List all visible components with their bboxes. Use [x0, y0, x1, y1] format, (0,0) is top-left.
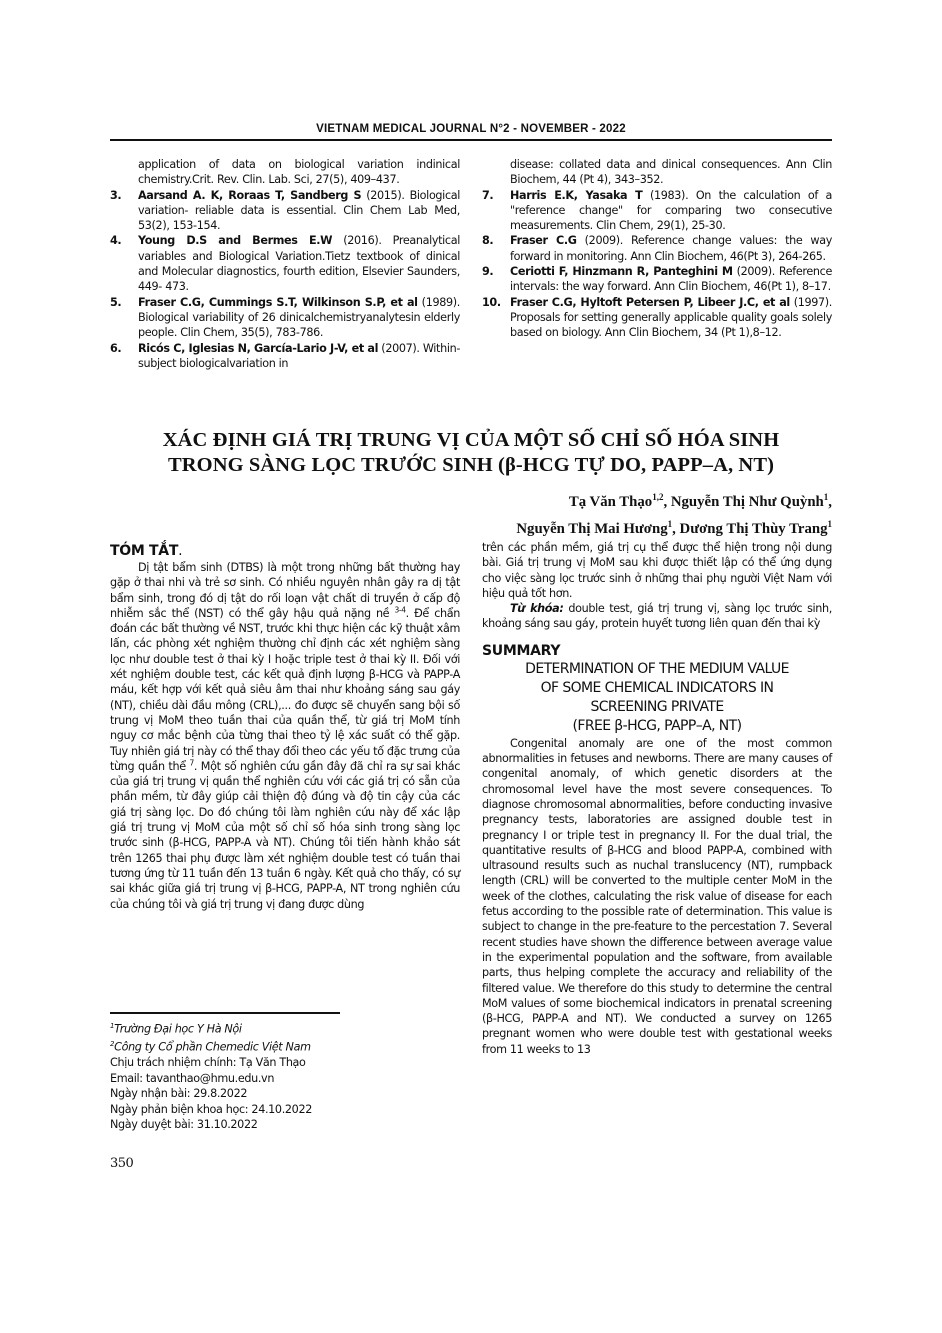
- reference-item: 9.Ceriotti F, Hinzmann R, Panteghini M (…: [482, 264, 832, 295]
- abstract-vi-continued: trên các phần mềm, giá trị cụ thể được t…: [482, 540, 832, 601]
- reference-item: 3.Aarsand A. K, Roraas T, Sandberg S (20…: [110, 188, 460, 234]
- reference-item: application of data on biological variat…: [110, 157, 460, 188]
- footnote-rule: [110, 1012, 340, 1014]
- date-approved: Ngày duyệt bài: 31.10.2022: [110, 1117, 312, 1133]
- abstract-heading: TÓM TẮT.: [110, 542, 460, 560]
- reference-item: 6.Ricós C, Iglesias N, García-Lario J-V,…: [110, 341, 460, 372]
- title-line-1: XÁC ĐỊNH GIÁ TRỊ TRUNG VỊ CỦA MỘT SỐ CHỈ…: [110, 428, 832, 453]
- references-right-column: disease: collated data and dinical conse…: [482, 157, 832, 341]
- reference-item: 8.Fraser C.G (2009). Reference change va…: [482, 233, 832, 264]
- footnotes: 1Trường Đại học Y Hà Nội 2Công ty Cổ phầ…: [110, 1019, 312, 1133]
- title-line-2: TRONG SÀNG LỌC TRƯỚC SINH (β-HCG TỰ DO, …: [110, 453, 832, 478]
- abstract-vi-body: Dị tật bẩm sinh (DTBS) là một trong nhữn…: [110, 560, 460, 912]
- author-name: Nguyễn Thị Mai Hương: [516, 521, 667, 537]
- author-name: Nguyễn Thị Như Quỳnh: [671, 494, 824, 510]
- author-name: Dương Thị Thùy Trang: [680, 521, 828, 537]
- affiliation-2: 2Công ty Cổ phần Chemedic Việt Nam: [110, 1037, 312, 1055]
- page-number: 350: [110, 1156, 133, 1171]
- journal-page: VIETNAM MEDICAL JOURNAL N°2 - NOVEMBER -…: [0, 0, 942, 1333]
- references-left-column: application of data on biological variat…: [110, 157, 460, 371]
- author-name: Tạ Văn Thạo: [569, 494, 652, 510]
- affiliation-1: 1Trường Đại học Y Hà Nội: [110, 1019, 312, 1037]
- abstract-en-column: trên các phần mềm, giá trị cụ thể được t…: [482, 540, 832, 1057]
- summary-body: Congenital anomaly are one of the most c…: [482, 736, 832, 1057]
- reference-item: 7.Harris E.K, Yasaka T (1983). On the ca…: [482, 188, 832, 234]
- reference-item: 5.Fraser C.G, Cummings S.T, Wilkinson S.…: [110, 295, 460, 341]
- keywords: Từ khóa: double test, giá trị trung vị, …: [482, 601, 832, 632]
- email: Email: tavanthao@hmu.edu.vn: [110, 1071, 312, 1087]
- date-received: Ngày nhận bài: 29.8.2022: [110, 1086, 312, 1102]
- abstract-vi-column: TÓM TẮT. Dị tật bẩm sinh (DTBS) là một t…: [110, 542, 460, 912]
- reference-item: 4.Young D.S and Bermes E.W (2016). Prean…: [110, 233, 460, 294]
- keywords-label: Từ khóa:: [510, 602, 563, 615]
- authors-line-2: Nguyễn Thị Mai Hương1, Dương Thị Thùy Tr…: [516, 513, 832, 540]
- summary-title: DETERMINATION OF THE MEDIUM VALUE OF SOM…: [482, 660, 832, 736]
- summary-heading: SUMMARY: [482, 642, 832, 660]
- article-title: XÁC ĐỊNH GIÁ TRỊ TRUNG VỊ CỦA MỘT SỐ CHỈ…: [110, 428, 832, 478]
- author-list: Tạ Văn Thạo1,2, Nguyễn Thị Như Quỳnh1, N…: [516, 486, 832, 540]
- reference-item: 10.Fraser C.G, Hyltoft Petersen P, Libee…: [482, 295, 832, 341]
- reference-item: disease: collated data and dinical conse…: [482, 157, 832, 188]
- responsible-author: Chịu trách nhiệm chính: Tạ Văn Thạo: [110, 1055, 312, 1071]
- authors-line-1: Tạ Văn Thạo1,2, Nguyễn Thị Như Quỳnh1,: [516, 486, 832, 513]
- header-rule: [110, 139, 832, 141]
- running-head: VIETNAM MEDICAL JOURNAL N°2 - NOVEMBER -…: [110, 123, 832, 135]
- date-reviewed: Ngày phản biện khoa học: 24.10.2022: [110, 1102, 312, 1118]
